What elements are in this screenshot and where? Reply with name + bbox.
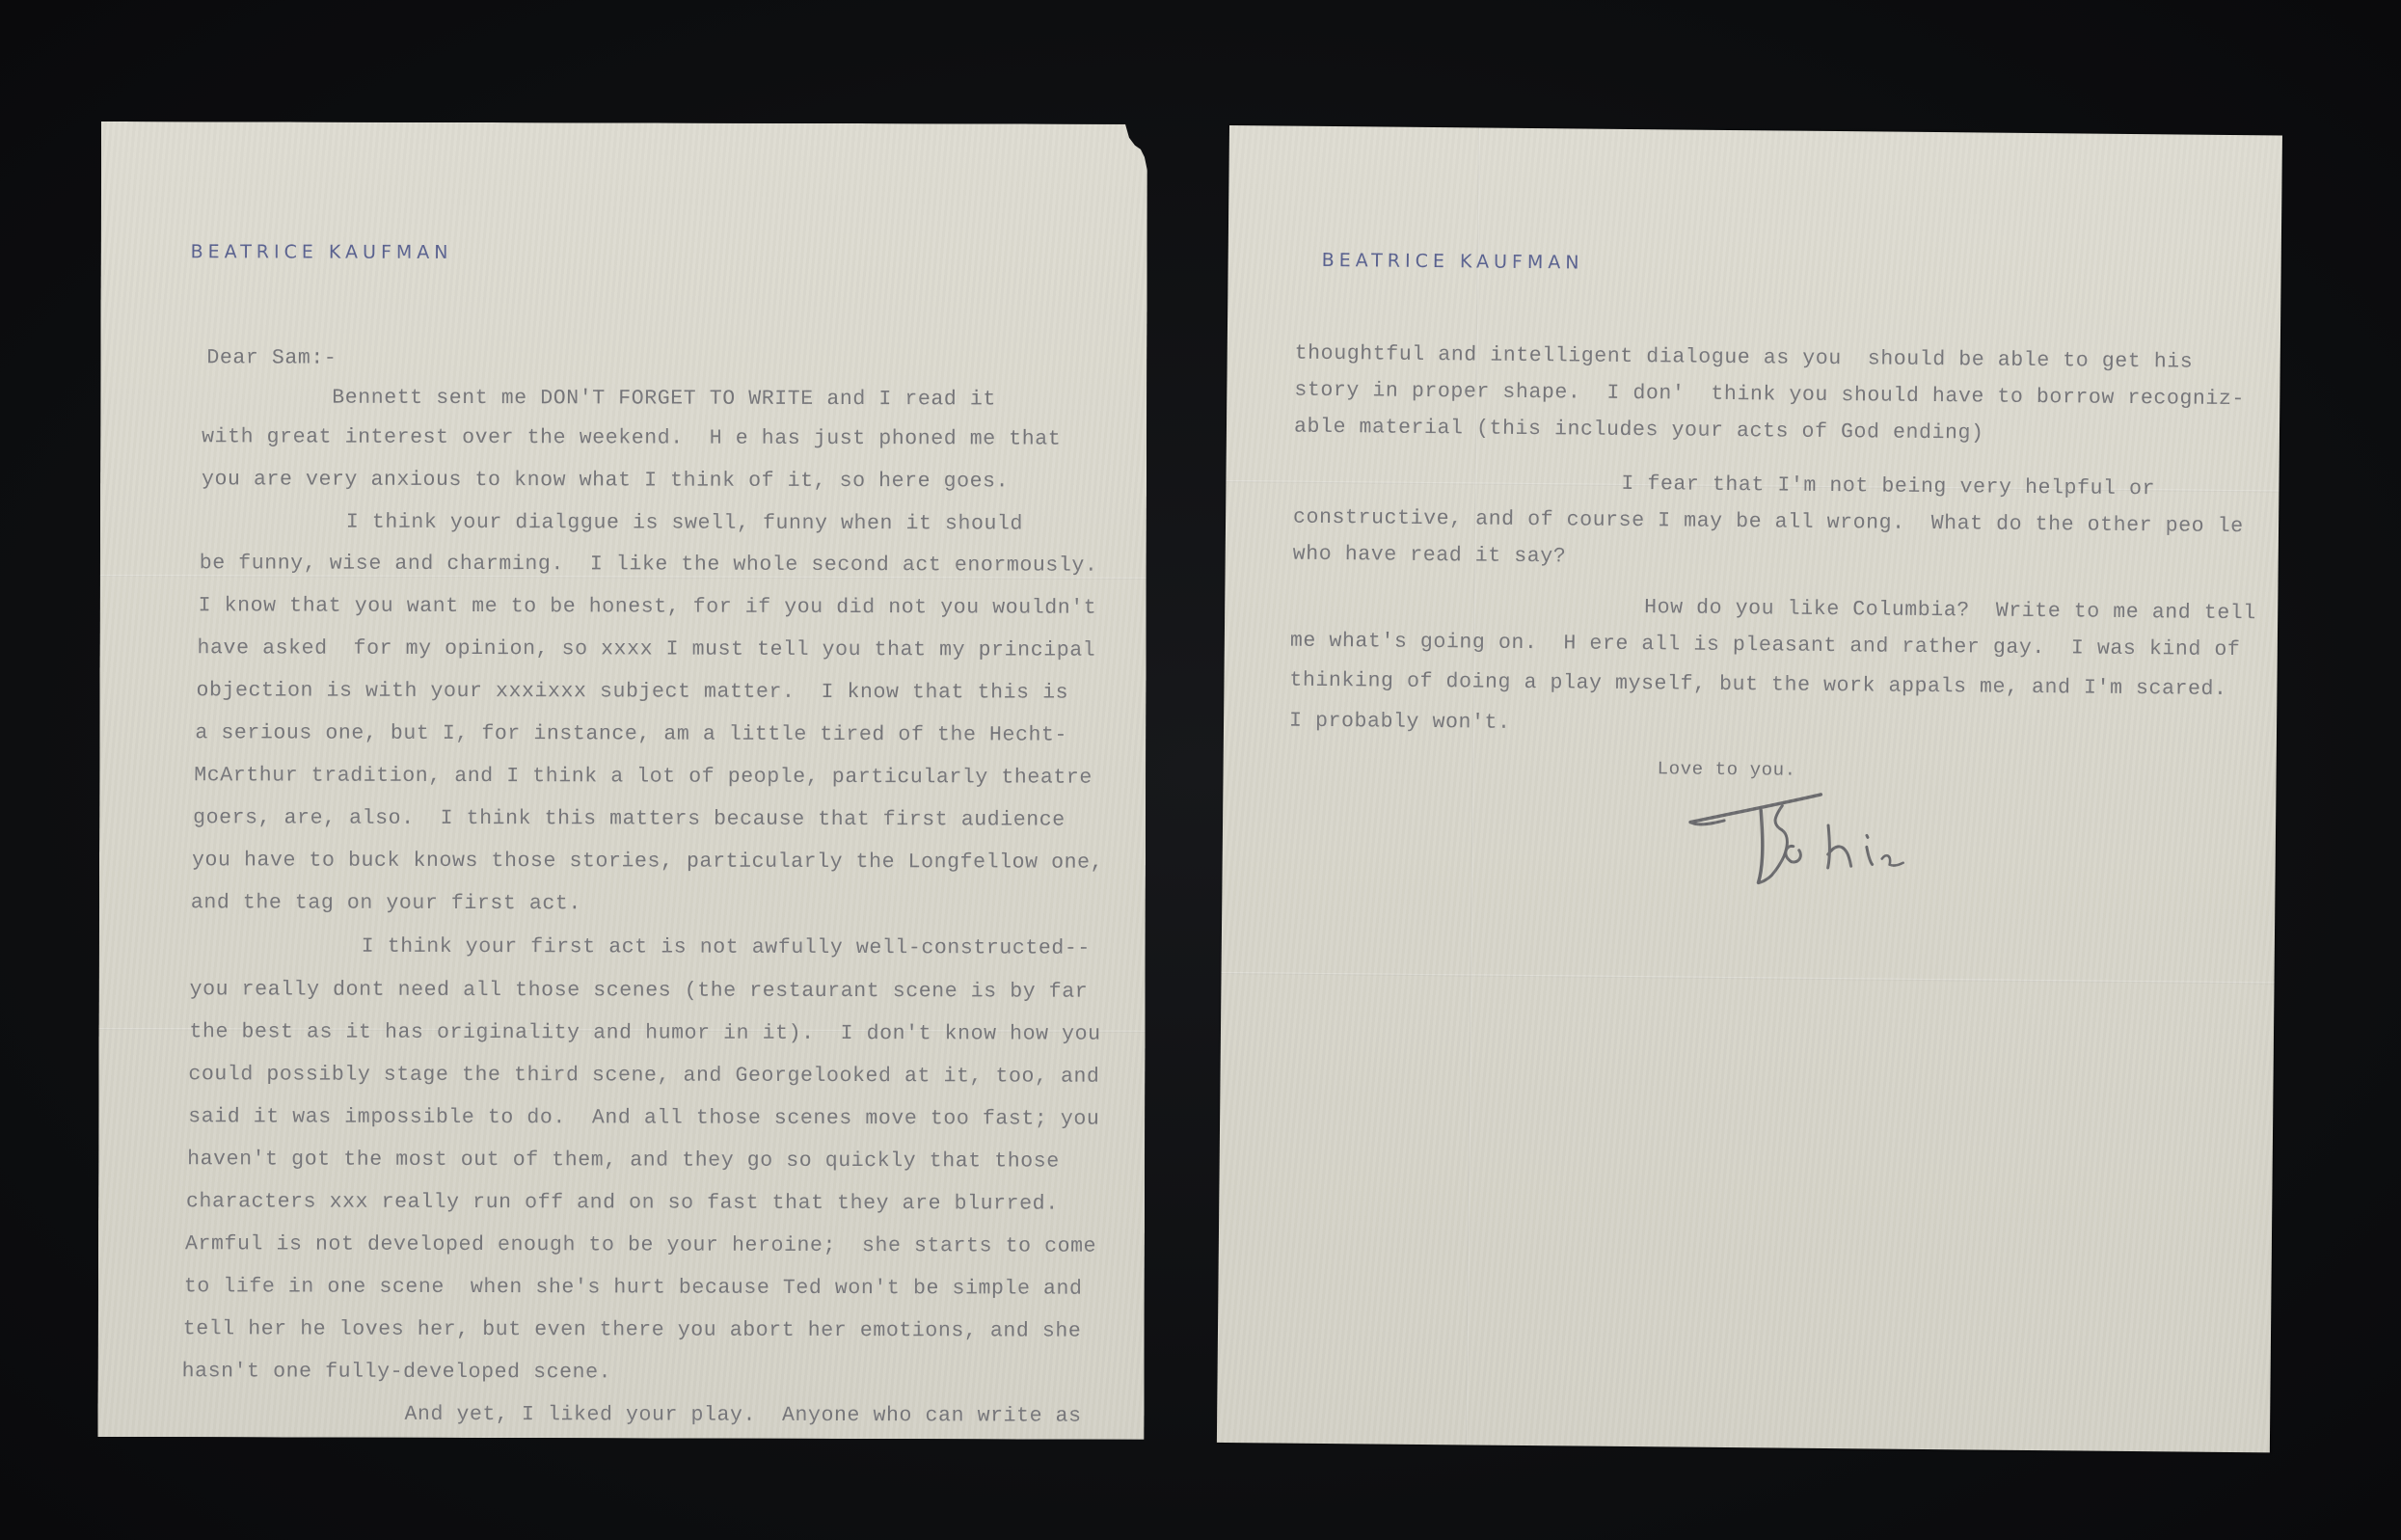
body-line: able material (this includes your acts o… <box>1294 416 1984 446</box>
body-line: said it was impossible to do. And all th… <box>188 1105 1099 1130</box>
letterhead: BEATRICE KAUFMAN <box>1322 250 1584 274</box>
body-line: I know that you want me to be honest, fo… <box>199 594 1097 619</box>
body-line: with great interest over the weekend. H … <box>202 425 1061 450</box>
letterhead: BEATRICE KAUFMAN <box>191 241 453 263</box>
body-line: How do you like Columbia? Write to me an… <box>1644 596 2256 625</box>
signature <box>1685 786 1917 894</box>
body-line: haven't got the most out of them, and th… <box>187 1148 1060 1173</box>
body-line: thinking of doing a play myself, but the… <box>1289 669 2226 701</box>
body-line: I think your dialggue is swell, funny wh… <box>346 511 1023 536</box>
body-line: Bennett sent me DON'T FORGET TO WRITE an… <box>332 387 996 412</box>
body-line: you really dont need all those scenes (t… <box>190 978 1089 1003</box>
body-line: goers, are, also. I think this matters b… <box>193 806 1066 831</box>
body-line: you are very anxious to know what I thin… <box>202 468 1009 493</box>
body-line: hasn't one fully-developed scene. <box>182 1360 612 1384</box>
body-line: be funny, wise and charming. I like the … <box>200 552 1098 577</box>
body-line: Armful is not developed enough to be you… <box>185 1232 1096 1257</box>
body-line: I fear that I'm not being very helpful o… <box>1621 473 2155 500</box>
body-line: story in proper shape. I don' think you … <box>1294 379 2245 411</box>
letter-page-1: BEATRICE KAUFMAN Dear Sam:- Bennett sent… <box>97 122 1147 1440</box>
body-line: to life in one scene when she's hurt bec… <box>184 1275 1083 1300</box>
fold-crease <box>1466 127 1480 1445</box>
body-line: have asked for my opinion, so xxxx I mus… <box>198 636 1096 662</box>
fold-crease <box>1222 972 2275 984</box>
body-line: the best as it has originality and humor… <box>189 1020 1100 1045</box>
body-line: And yet, I liked your play. Anyone who c… <box>404 1403 1081 1428</box>
handwritten-signature-icon <box>1685 786 1917 894</box>
body-line: characters xxx really run off and on so … <box>186 1190 1059 1215</box>
body-line: I think your first act is not awfully we… <box>362 935 1091 960</box>
body-line: McArthur tradition, and I think a lot of… <box>194 764 1093 789</box>
body-line: I probably won't. <box>1289 710 1511 735</box>
body-line: constructive, and of course I may be all… <box>1293 506 2244 538</box>
body-line: me what's going on. H ere all is pleasan… <box>1290 630 2241 662</box>
body-line: thoughtful and intelligent dialogue as y… <box>1295 342 2194 374</box>
body-line: you have to buck knows those stories, pa… <box>192 849 1103 874</box>
body-line: objection is with your xxxixxx subject m… <box>196 679 1068 704</box>
body-line: could possibly stage the third scene, an… <box>188 1063 1099 1088</box>
salutation: Dear Sam:- <box>206 346 337 369</box>
letter-page-2: BEATRICE KAUFMAN thoughtful and intellig… <box>1217 125 2282 1452</box>
body-line: a serious one, but I, for instance, am a… <box>195 721 1067 746</box>
body-line: who have read it say? <box>1293 543 1567 569</box>
body-line: and the tag on your first act. <box>191 891 581 915</box>
body-line: tell her he loves her, but even there yo… <box>183 1317 1082 1342</box>
closing: Love to you. <box>1658 758 1796 780</box>
